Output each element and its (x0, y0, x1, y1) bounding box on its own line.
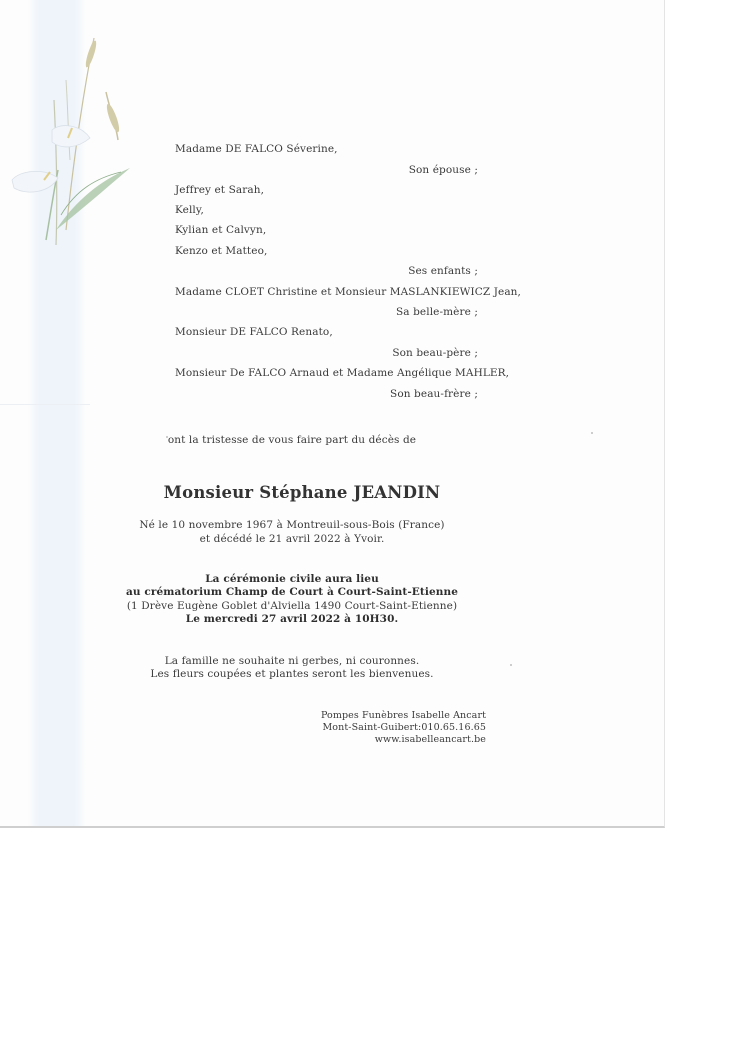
birth-info: Né le 10 novembre 1967 à Montreuil-sous-… (0, 519, 624, 532)
funeral-home-phone: Mont-Saint-Guibert:010.65.16.65 (322, 722, 486, 734)
ceremony-address: (1 Drève Eugène Goblet d'Alviella 1490 C… (0, 600, 624, 613)
scan-speck (591, 432, 593, 434)
family-name: Kelly, (175, 204, 204, 217)
funeral-home-website: www.isabelleancart.be (375, 734, 486, 746)
family-name: Monsieur De FALCO Arnaud et Madame Angél… (175, 367, 509, 380)
family-name: Jeffrey et Sarah, (175, 184, 264, 197)
scan-speck (166, 436, 168, 438)
ceremony-date: Le mercredi 27 avril 2022 à 10H30. (0, 613, 624, 626)
announcement-text: ont la tristesse de vous faire part du d… (0, 434, 624, 447)
death-info: et décédé le 21 avril 2022 à Yvoir. (0, 533, 624, 546)
family-relation: Son beau-frère ; (390, 388, 478, 401)
family-name: Madame DE FALCO Séverine, (175, 143, 338, 156)
family-relation: Son épouse ; (409, 164, 478, 177)
family-name: Monsieur DE FALCO Renato, (175, 326, 333, 339)
family-relation: Ses enfants ; (408, 265, 478, 278)
calla-lily-wheat-icon (6, 30, 136, 250)
ceremony-line: La cérémonie civile aura lieu (0, 573, 624, 586)
scan-speck (510, 664, 512, 666)
deceased-name: Monsieur Stéphane JEANDIN (0, 486, 634, 499)
wishes-line: Les fleurs coupées et plantes seront les… (0, 668, 624, 681)
family-relation: Son beau-père ; (392, 347, 478, 360)
wishes-line: La famille ne souhaite ni gerbes, ni cou… (0, 655, 624, 668)
ceremony-venue: au crématorium Champ de Court à Court-Sa… (0, 586, 624, 599)
family-relation: Sa belle-mère ; (396, 306, 478, 319)
family-name: Madame CLOET Christine et Monsieur MASLA… (175, 286, 521, 299)
family-name: Kylian et Calvyn, (175, 224, 266, 237)
funeral-notice-card: Madame DE FALCO Séverine, Son épouse ; J… (0, 0, 665, 828)
funeral-home-name: Pompes Funèbres Isabelle Ancart (321, 710, 486, 722)
family-name: Kenzo et Matteo, (175, 245, 267, 258)
fold-line (0, 404, 90, 405)
